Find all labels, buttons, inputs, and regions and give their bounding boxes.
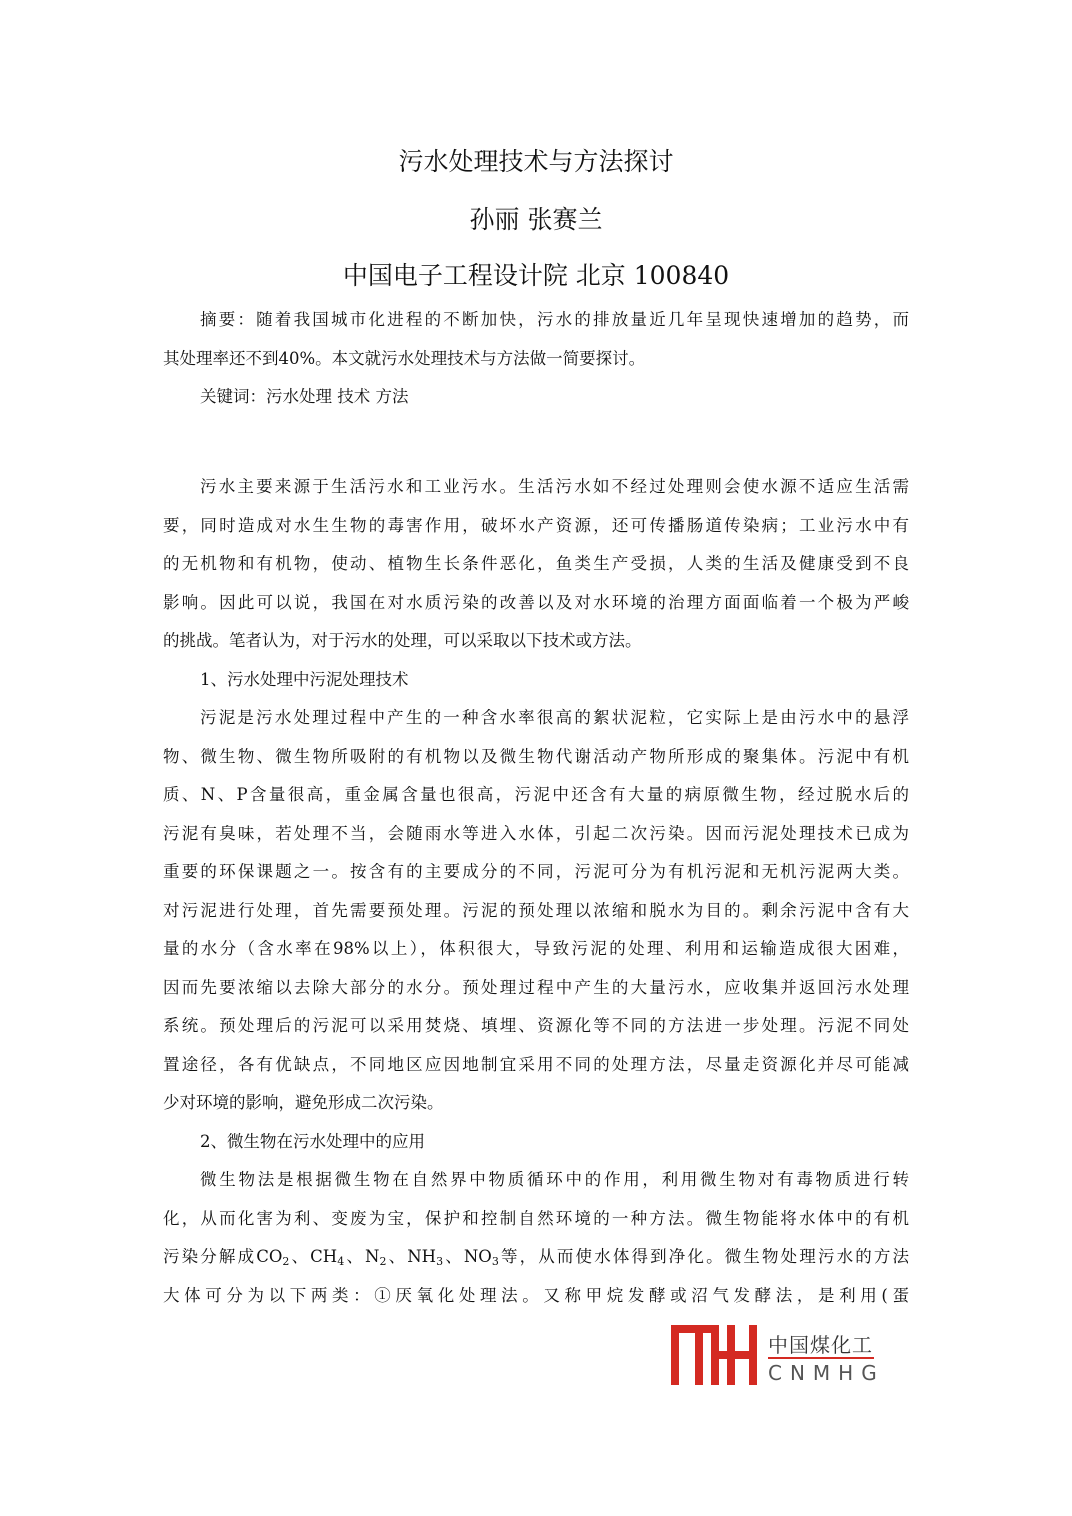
paragraph-line: 物、微生物、微生物所吸附的有机物以及微生物代谢活动产物所形成的聚集体。污泥中有机 [163, 738, 909, 777]
cnmhg-logo-icon [671, 1325, 757, 1385]
watermark-cn-text: 中国煤化工 [768, 1329, 873, 1358]
watermark-divider [768, 1357, 874, 1359]
abstract-line: 摘要：随着我国城市化进程的不断加快，污水的排放量近几年呈现快速增加的趋势，而 [163, 301, 909, 340]
abstract: 摘要：随着我国城市化进程的不断加快，污水的排放量近几年呈现快速增加的趋势，而 其… [163, 301, 909, 417]
paragraph-line: 污泥有臭味，若处理不当，会随雨水等进入水体，引起二次污染。因而污泥处理技术已成为 [163, 815, 909, 854]
keywords: 关键词：污水处理 技术 方法 [163, 378, 909, 417]
paragraph-line-formulas: 污染分解成CO2、CH4、N2、NH3、NO3等，从而使水体得到净化。微生物处理… [163, 1238, 909, 1277]
paragraph-line: 少对环境的影响，避免形成二次污染。 [163, 1084, 909, 1123]
section-heading-1: 1、污水处理中污泥处理技术 [163, 661, 909, 700]
paragraph-line: 微生物法是根据微生物在自然界中物质循环中的作用，利用微生物对有毒物质进行转 [163, 1161, 909, 1200]
intro-paragraph: 污水主要来源于生活污水和工业污水。生活污水如不经过处理则会使水源不适应生活需 要… [163, 468, 909, 1315]
paragraph-line: 重要的环保课题之一。按含有的主要成分的不同，污泥可分为有机污泥和无机污泥两大类。 [163, 853, 909, 892]
paragraph-line: 的挑战。笔者认为，对于污水的处理，可以采取以下技术或方法。 [163, 622, 909, 661]
abstract-line: 其处理率还不到40%。本文就污水处理技术与方法做一简要探讨。 [163, 340, 909, 379]
paragraph-line: 污泥是污水处理过程中产生的一种含水率很高的絮状泥粒，它实际上是由污水中的悬浮 [163, 699, 909, 738]
paper-title: 污水处理技术与方法探讨 [0, 142, 1072, 178]
watermark-logo: 中国煤化工 CNMHG [671, 1325, 911, 1385]
paragraph-line: 因而先要浓缩以去除大部分的水分。预处理过程中产生的大量污水，应收集并返回污水处理 [163, 969, 909, 1008]
paragraph-line: 化，从而化害为利、变废为宝，保护和控制自然环境的一种方法。微生物能将水体中的有机 [163, 1200, 909, 1239]
paragraph-line: 质、N、P含量很高，重金属含量也很高，污泥中还含有大量的病原微生物，经过脱水后的 [163, 776, 909, 815]
section-heading-2: 2、微生物在污水处理中的应用 [163, 1123, 909, 1162]
paragraph-line: 大体可分为以下两类：①厌氧化处理法。又称甲烷发酵或沼气发酵法，是利用(蛋 [163, 1277, 909, 1316]
paragraph-line: 的无机物和有机物，使动、植物生长条件恶化，鱼类生产受损，人类的生活及健康受到不良 [163, 545, 909, 584]
document-page: 污水处理技术与方法探讨 孙丽 张赛兰 中国电子工程设计院 北京 100840 摘… [0, 0, 1072, 1516]
paragraph-line: 系统。预处理后的污泥可以采用焚烧、填埋、资源化等不同的方法进一步处理。污泥不同处 [163, 1007, 909, 1046]
paper-authors: 孙丽 张赛兰 [0, 200, 1072, 236]
paragraph-line: 要，同时造成对水生生物的毒害作用，破坏水产资源，还可传播肠道传染病；工业污水中有 [163, 507, 909, 546]
paragraph-line: 对污泥进行处理，首先需要预处理。污泥的预处理以浓缩和脱水为目的。剩余污泥中含有大 [163, 892, 909, 931]
paragraph-line: 影响。因此可以说，我国在对水质污染的改善以及对水环境的治理方面面临着一个极为严峻 [163, 584, 909, 623]
paragraph-line: 置途径，各有优缺点，不同地区应因地制宜采用不同的处理方法，尽量走资源化并尽可能减 [163, 1046, 909, 1085]
paragraph-line: 污水主要来源于生活污水和工业污水。生活污水如不经过处理则会使水源不适应生活需 [163, 468, 909, 507]
paragraph-line: 量的水分（含水率在98%以上），体积很大，导致污泥的处理、利用和运输造成很大困难… [163, 930, 909, 969]
watermark-en-text: CNMHG [768, 1361, 885, 1385]
paper-affiliation: 中国电子工程设计院 北京 100840 [0, 256, 1072, 292]
